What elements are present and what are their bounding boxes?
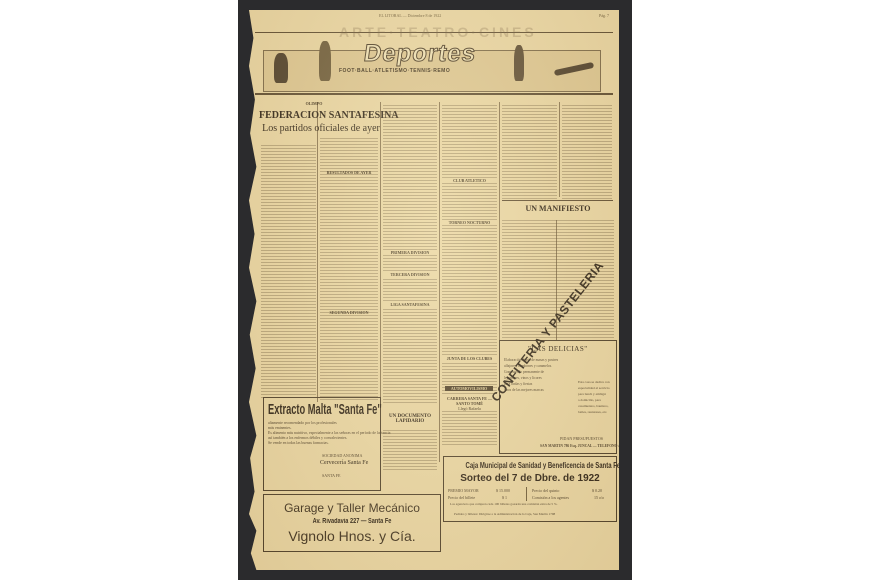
subhead: LIGA SANTAFESINA [383,302,437,307]
bleed-through-text: ARTE·TEATRO·CINES [339,24,537,40]
article-headline: FEDERACION SANTAFESINA [259,110,369,121]
ad-title: Garage y Taller Mecánico [264,501,440,515]
section-deck: CARRERA SANTA FE — SANTO TOMÉ [442,396,497,406]
ad-body-right: Esta casa se dedica con especialidad al … [578,379,614,415]
article-title-un-documento: UN DOCUMENTO LAPIDARIO [383,414,437,424]
ad-address: Av. Rivadavia 227 — Santa Fe [282,518,423,525]
ad-draw-date: Sorteo del 7 de Dbre. de 1922 [444,473,616,484]
ad-owners: Vignolo Hnos. y Cía. [264,528,440,544]
banner-subtitle: FOOT·BALL·ATLETISMO·TENNIS·REMO [339,68,450,74]
ad-title: Caja Municipal de Sanidad y Beneficencia… [466,461,595,470]
table-divider [526,487,527,501]
ad-quote-call: PIDAN PRESUPUESTOS [560,436,603,441]
ticket-price-value: $ 1 [502,495,507,500]
article-body-text [320,138,378,400]
ad-company: Cervecería Santa Fe [320,460,368,466]
subhead: TORNEO NOCTURNO [442,220,497,225]
column-rule [499,102,500,352]
ticket-price-label: Precio del billete [448,495,475,500]
prize-label: PREMIO MAYOR [448,488,479,493]
subhead: SEGUNDA DIVISION [320,310,378,315]
ad-company-label: SOCIEDAD ANONIMA [322,453,362,458]
article-body-text [261,145,316,400]
subhead: JUNTA DE LOS CLUBES [442,356,497,361]
section-automovilismo: AUTOMOVILISMO [445,386,493,391]
folio-date: EL LITORAL — Diciembre 8 de 1922 [379,13,441,18]
article-body-text [383,105,437,405]
manifiesto-headline: UN MANIFIESTO [502,204,614,213]
tennis-player-illustration [514,45,524,81]
fifth-price-label: Precio del quinto [532,488,559,493]
article-body-text [562,105,612,200]
ad-extracto-malta: Extracto Malta "Santa Fe" altamente reco… [263,397,381,491]
rowing-illustration [554,62,594,76]
ad-caja-municipal: Caja Municipal de Sanidad y Beneficencia… [443,456,617,522]
ad-garage-taller: Garage y Taller Mecánico Av. Rivadavia 2… [263,494,441,552]
article-body-text [383,430,437,470]
subhead: PRIMERA DIVISION [383,250,437,255]
section-sub: Llegó Rafaela [442,406,497,411]
agents-note: Los agenciero que compren cada 100 bille… [450,502,610,506]
fifth-price-value: $ 0.20 [592,488,602,493]
deportes-logo: Deportes [362,40,478,68]
ad-city: SANTA FE [322,473,340,478]
newspaper-page: EL LITORAL — Diciembre 8 de 1922 Pág. 7 … [249,10,619,570]
column-rule [439,102,440,462]
ad-footer: Pedidos y billetes: Dirigirse a la Admin… [454,512,555,516]
ad-body: altamente recomendado por los profesiona… [268,421,376,446]
prize-value: $ 15.000 [496,488,510,493]
subhead: RESULTADOS DE AYER [320,170,378,175]
ad-confiteria-las-delicias: "LAS DELICIAS" Elaboración diaria de mas… [499,340,617,454]
article-kicker: OLIMPO [259,101,369,106]
subhead: CLUB ATLETICO [442,178,497,183]
page-number: Pág. 7 [599,13,609,18]
footballer-illustration [319,41,331,81]
section-rule [502,200,613,201]
article-body-text [502,105,557,200]
ad-title: Extracto Malta "Santa Fe" [268,401,382,418]
column-rule [559,102,560,197]
ad-address: SAN MARTIN 786 Esq. JUNCAL — TELEFONO 4.… [540,444,625,448]
column-rule [317,102,318,402]
soccer-player-illustration [274,53,288,83]
commission-value: 15 o/o [594,495,604,500]
subhead: TERCERA DIVISION [383,272,437,277]
commission-label: Comisión a los agentes [532,495,569,500]
banner-rule [255,93,613,95]
article-deck: Los partidos oficiales de ayer [259,123,383,134]
